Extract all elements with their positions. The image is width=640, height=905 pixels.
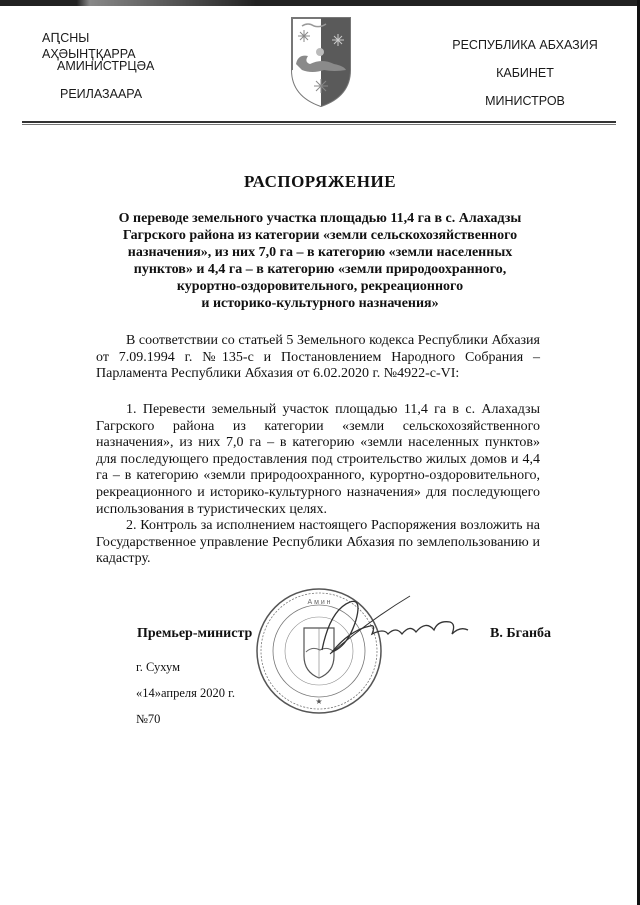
- subject-line: курортно-оздоровительного, рекреационног…: [100, 278, 540, 295]
- header-right-russian: РЕСПУБЛИКА АБХАЗИЯ КАБИНЕТ МИНИСТРОВ: [450, 37, 600, 121]
- preamble: В соответствии со статьей 5 Земельного к…: [96, 333, 540, 383]
- subject-line: О переводе земельного участка площадью 1…: [100, 210, 540, 227]
- header-divider: [22, 121, 616, 123]
- subject-line: назначения», из них 7,0 га – в категорию…: [100, 244, 540, 261]
- subject-line: пунктов» и 4,4 га – в категорию «земли п…: [100, 261, 540, 278]
- header-right-line-2: КАБИНЕТ: [450, 65, 600, 93]
- header-right-line-3: МИНИСТРОВ: [450, 93, 600, 121]
- document-number: №70: [136, 712, 160, 727]
- signatory-name: В. Бганба: [490, 626, 551, 642]
- document-subject: О переводе земельного участка площадью 1…: [100, 210, 540, 312]
- coat-of-arms-icon: [288, 14, 354, 108]
- order-items: 1. Перевести земельный участок площадью …: [96, 402, 540, 568]
- header-divider-thin: [22, 124, 616, 125]
- issue-date: «14»апреля 2020 г.: [136, 686, 235, 701]
- issue-place: г. Сухум: [136, 660, 180, 675]
- subject-line: Гагрского района из категории «земли сел…: [100, 227, 540, 244]
- header-left-abkhaz: АԤСНЫ АҲӘЫНҬҚАРРА АМИНИСТРЦӘА РЕИЛАЗААРА: [38, 30, 168, 114]
- order-item-2: 2. Контроль за исполнением настоящего Ра…: [96, 518, 540, 568]
- document-type-title: РАСПОРЯЖЕНИЕ: [0, 172, 640, 192]
- scan-edge-top: [0, 0, 640, 6]
- svg-text:★: ★: [315, 697, 322, 706]
- order-item-1: 1. Перевести земельный участок площадью …: [96, 402, 540, 518]
- header-left-line-3: РЕИЛАЗААРА: [38, 86, 168, 114]
- header-right-line-1: РЕСПУБЛИКА АБХАЗИЯ: [450, 37, 600, 65]
- subject-line: и историко-культурного назначения»: [100, 295, 540, 312]
- preamble-text: В соответствии со статьей 5 Земельного к…: [96, 333, 540, 383]
- handwritten-signature: [310, 590, 480, 665]
- signatory-role: Премьер-министр: [137, 626, 252, 642]
- header-left-line-2: АМИНИСТРЦӘА: [38, 58, 168, 86]
- header-left-line-1: АԤСНЫ АҲӘЫНҬҚАРРА: [38, 30, 168, 58]
